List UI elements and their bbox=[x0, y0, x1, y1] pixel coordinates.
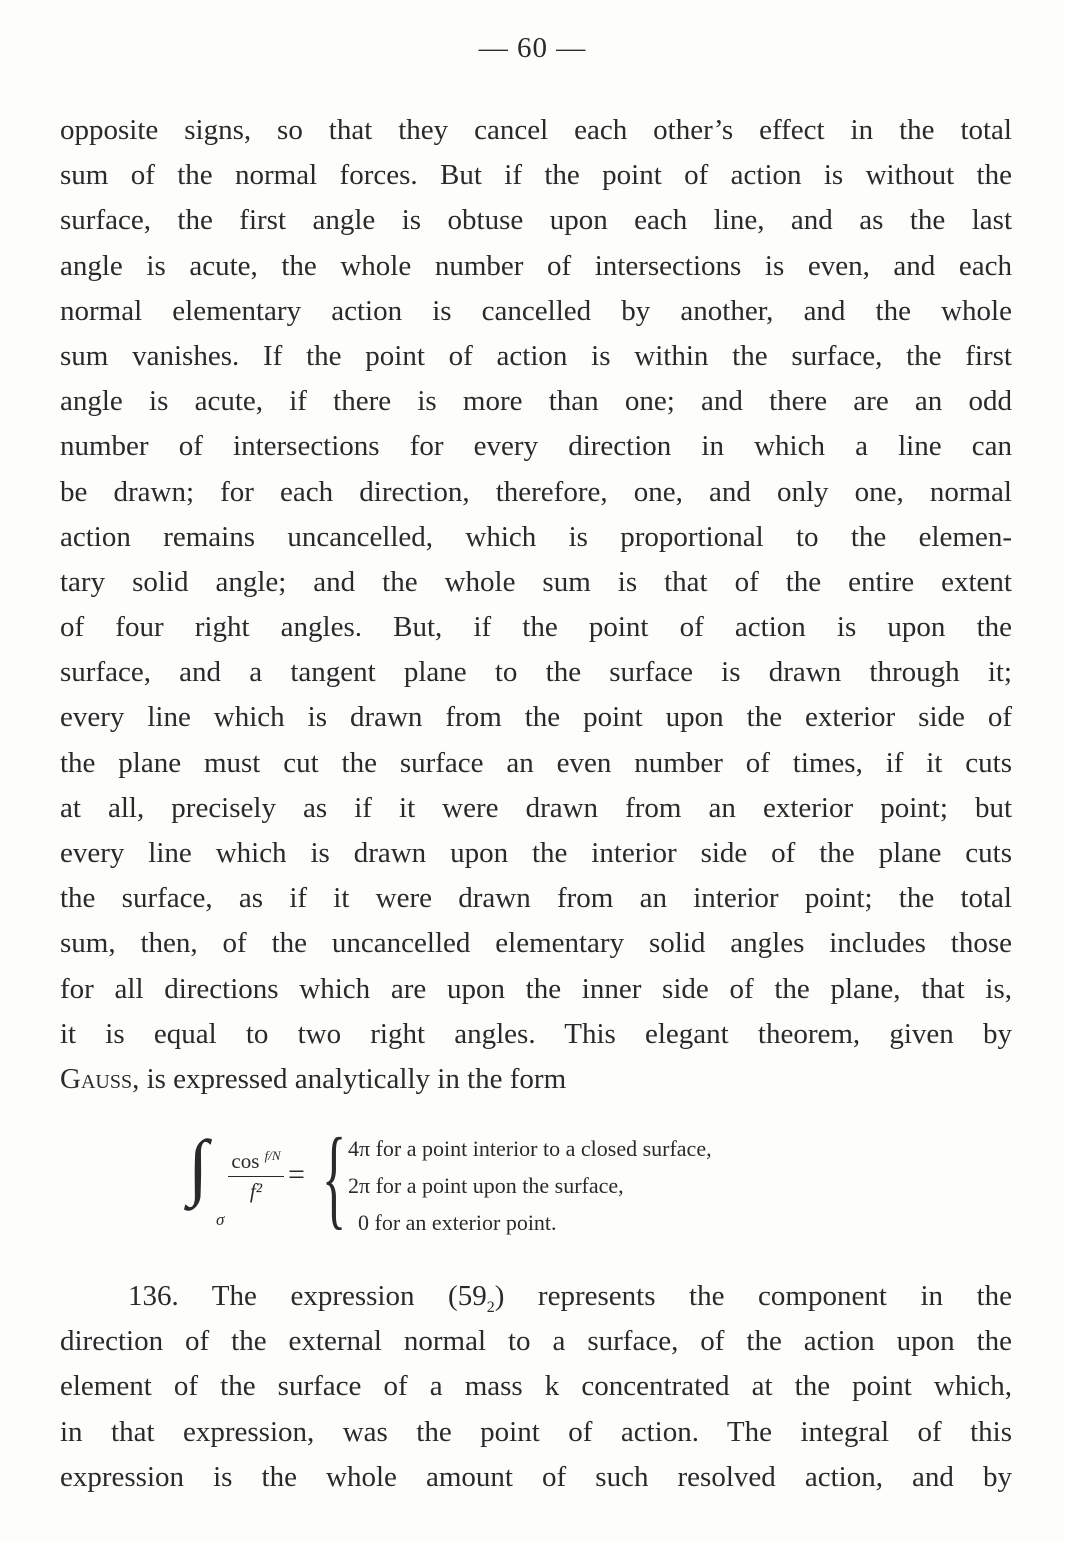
text-line: angle is acute, if there is more than on… bbox=[60, 379, 1012, 424]
text-line: surface, and a tangent plane to the surf… bbox=[60, 650, 1012, 695]
cos-label: cos bbox=[231, 1149, 259, 1173]
text-line: direction of the external normal to a su… bbox=[60, 1319, 1012, 1364]
case-surface: 2π for a point upon the surface, bbox=[348, 1167, 712, 1204]
text-line: it is equal to two right angles. This el… bbox=[60, 1012, 1012, 1057]
text-line: in that expression, was the point of act… bbox=[60, 1410, 1012, 1455]
paragraph-136: 136. The expression (592) represents the… bbox=[60, 1274, 1012, 1500]
text-line: at all, precisely as if it were drawn fr… bbox=[60, 786, 1012, 831]
text-line: every line which is drawn from the point… bbox=[60, 695, 1012, 740]
text-line: sum vanishes. If the point of action is … bbox=[60, 334, 1012, 379]
text-line: surface, the first angle is obtuse upon … bbox=[60, 198, 1012, 243]
case-exterior: 0 for an exterior point. bbox=[348, 1204, 712, 1241]
case-interior: 4π for a point interior to a closed surf… bbox=[348, 1130, 712, 1167]
text-line: be drawn; for each direction, therefore,… bbox=[60, 470, 1012, 515]
text-line: angle is acute, the whole number of inte… bbox=[60, 244, 1012, 289]
text-fragment: The expression (59 bbox=[212, 1280, 487, 1312]
text-line: every line which is drawn upon the inter… bbox=[60, 831, 1012, 876]
left-brace: { bbox=[322, 1122, 346, 1234]
text-fragment: ) represents the component in the bbox=[495, 1280, 1012, 1312]
text-line: normal elementary action is cancelled by… bbox=[60, 289, 1012, 334]
text-line: 136. The expression (592) represents the… bbox=[60, 1274, 1012, 1319]
text-fragment: , is expressed analytically in the form bbox=[132, 1063, 566, 1095]
equals-sign: = bbox=[288, 1158, 305, 1192]
section-number: 136. bbox=[128, 1280, 179, 1312]
text-line: number of intersections for every direct… bbox=[60, 424, 1012, 469]
text-line: of four right angles. But, if the point … bbox=[60, 605, 1012, 650]
text-line: the plane must cut the surface an even n… bbox=[60, 741, 1012, 786]
integral-subscript: σ bbox=[216, 1210, 224, 1230]
integral-sign: ∫ bbox=[188, 1130, 208, 1204]
text-line: sum, then, of the uncancelled elementary… bbox=[60, 921, 1012, 966]
denominator: f² bbox=[228, 1179, 284, 1204]
cos-argument: f/N bbox=[265, 1148, 281, 1163]
formula-cases: 4π for a point interior to a closed surf… bbox=[348, 1130, 712, 1241]
paragraph-gauss-theorem: opposite signs, so that they cancel each… bbox=[60, 108, 1012, 1102]
text-line: expression is the whole amount of such r… bbox=[60, 1455, 1012, 1500]
numerator: cos f/N bbox=[228, 1148, 284, 1174]
text-line: Gauss, is expressed analytically in the … bbox=[60, 1057, 1012, 1102]
text-line: the surface, as if it were drawn from an… bbox=[60, 876, 1012, 921]
page-number: — 60 — bbox=[0, 32, 1065, 65]
text-line: element of the surface of a mass k conce… bbox=[60, 1364, 1012, 1409]
text-line: tary solid angle; and the whole sum is t… bbox=[60, 560, 1012, 605]
text-line: sum of the normal forces. But if the poi… bbox=[60, 153, 1012, 198]
author-name: Gauss bbox=[60, 1063, 132, 1095]
text-line: for all directions which are upon the in… bbox=[60, 967, 1012, 1012]
fraction: cos f/N f² bbox=[228, 1148, 284, 1204]
gauss-integral-formula: ∫ σ cos f/N f² = { 4π for a point interi… bbox=[188, 1128, 868, 1238]
equation-subscript: 2 bbox=[487, 1299, 495, 1316]
fraction-bar bbox=[228, 1176, 284, 1177]
text-line: opposite signs, so that they cancel each… bbox=[60, 108, 1012, 153]
text-line: action remains uncancelled, which is pro… bbox=[60, 515, 1012, 560]
